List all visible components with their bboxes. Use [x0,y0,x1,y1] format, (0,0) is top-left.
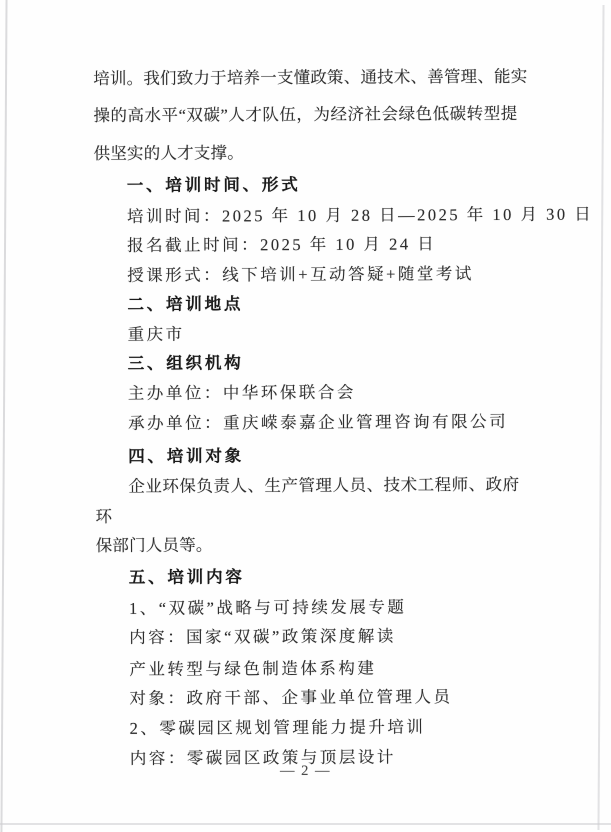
body-line-host-unit: 主办单位：中华环保联合会 [95,377,519,409]
document-body: 培训。我们致力于培养一支懂政策、通技术、善管理、能实 操的高水平“双碳”人才队伍… [93,58,521,773]
body-line-topic-1-audience: 对象：政府干部、企事业单位管理人员 [96,682,520,714]
body-line-trainees-1: 企业环保负责人、生产管理人员、技术工程师、政府环 [95,470,519,531]
body-line-training-time: 培训时间：2025 年 10 月 28 日—2025 年 10 月 30 日 [94,200,518,232]
section-heading-training-time: 一、培训时间、形式 [94,170,518,202]
scanned-document-page: 培训。我们致力于培养一支懂政策、通技术、善管理、能实 操的高水平“双碳”人才队伍… [0,0,611,830]
section-heading-content: 五、培训内容 [96,562,520,594]
section-heading-training-location: 二、培训地点 [94,288,518,320]
intro-paragraph: 培训。我们致力于培养一支懂政策、通技术、善管理、能实 操的高水平“双碳”人才队伍… [93,58,518,172]
body-line-location: 重庆市 [94,318,518,350]
body-line-teaching-format: 授课形式：线下培训+互动答疑+随堂考试 [94,259,518,291]
body-line-trainees-2: 保部门人员等。 [96,529,520,561]
body-line-registration-deadline: 报名截止时间：2025 年 10 月 24 日 [94,229,518,261]
intro-paragraph-line: 供坚实的人才支撑。 [94,133,518,173]
paper-edge-bottom [0,823,611,825]
body-line-topic-2: 2、零碳园区规划管理能力提升培训 [97,712,521,744]
intro-paragraph-line: 操的高水平“双碳”人才队伍，为经济社会绿色低碳转型提 [93,95,517,135]
body-line-topic-1-content-2: 产业转型与绿色制造体系构建 [96,653,520,685]
body-line-topic-1-content: 内容：国家“双碳”政策深度解读 [96,621,520,653]
body-line-organizer-unit: 承办单位：重庆嵘泰嘉企业管理咨询有限公司 [95,407,519,439]
section-heading-trainees: 四、培训对象 [95,440,519,472]
paper-edge-left [0,0,7,830]
page-number: — 2 — [0,763,611,780]
intro-paragraph-line: 培训。我们致力于培养一支懂政策、通技术、善管理、能实 [93,58,517,98]
paper-edge-right [597,5,604,830]
body-line-topic-1: 1、“双碳”战略与可持续发展专题 [96,591,520,623]
section-heading-organizers: 三、组织机构 [95,348,519,380]
